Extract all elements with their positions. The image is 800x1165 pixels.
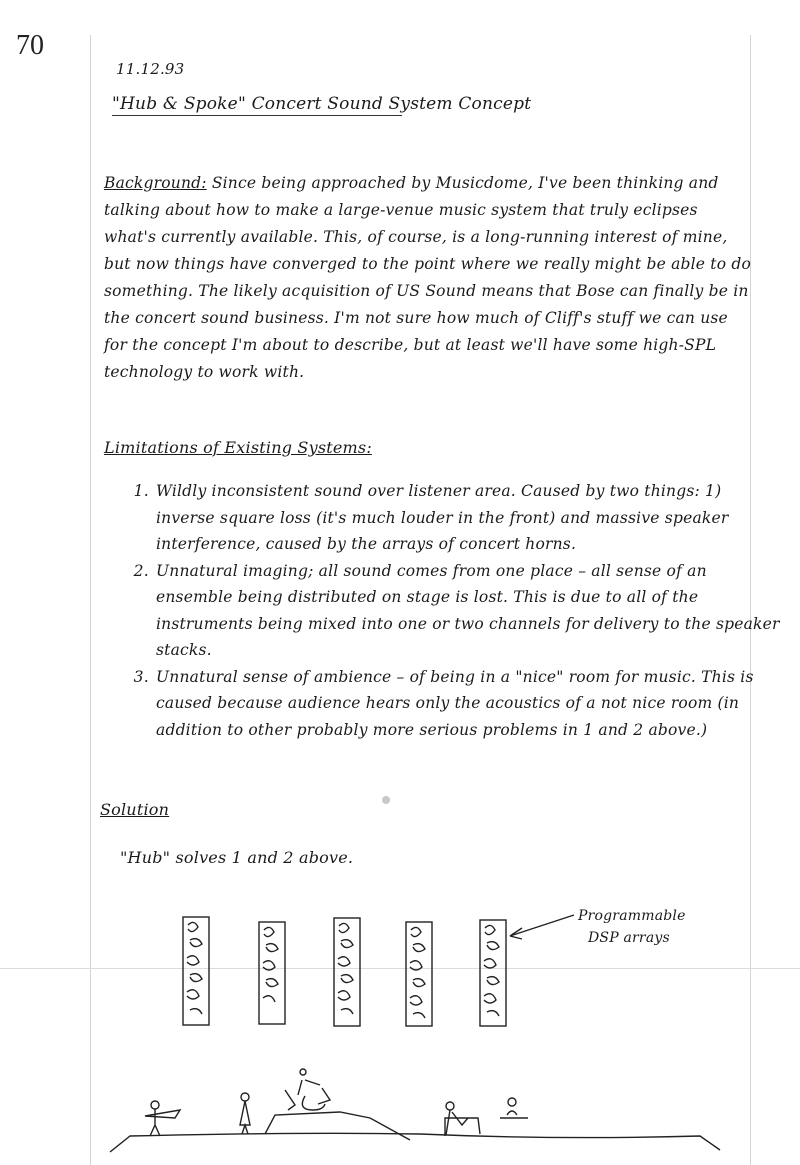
limitations-list: Wildly inconsistent sound over listener … xyxy=(132,478,784,743)
page-title: "Hub & Spoke" Concert Sound System Conce… xyxy=(112,94,402,116)
saxophonist-figure-icon xyxy=(446,1102,468,1135)
annotation-line: Programmable xyxy=(578,905,686,927)
dsp-arrays-annotation: Programmable DSP arrays xyxy=(578,905,686,949)
stage-outline xyxy=(110,1112,720,1152)
drummer-figure-icon xyxy=(285,1069,330,1110)
dsp-array-icon xyxy=(406,922,432,1026)
solution-text: "Hub" solves 1 and 2 above. xyxy=(120,848,353,867)
dsp-array-icon xyxy=(480,920,506,1026)
dsp-array-icon xyxy=(259,922,285,1024)
dsp-array-icon xyxy=(334,918,360,1026)
solution-heading: Solution xyxy=(100,800,169,819)
limitation-item: Wildly inconsistent sound over listener … xyxy=(154,478,784,558)
singer-figure-icon xyxy=(240,1093,250,1134)
guitarist-figure-icon xyxy=(145,1101,180,1136)
annotation-arrow-icon xyxy=(510,915,574,939)
grid-horizontal-line xyxy=(0,968,800,969)
dsp-array-icon xyxy=(183,917,209,1025)
entry-date: 11.12.93 xyxy=(116,60,184,78)
background-section: Background: Since being approached by Mu… xyxy=(104,170,754,386)
left-margin-line xyxy=(90,35,91,1165)
background-heading: Background: xyxy=(104,174,207,192)
limitation-item: Unnatural imaging; all sound comes from … xyxy=(154,558,784,664)
keyboardist-figure-icon xyxy=(500,1098,528,1118)
annotation-line: DSP arrays xyxy=(578,927,686,949)
limitation-item: Unnatural sense of ambience – of being i… xyxy=(154,664,784,744)
limitations-heading: Limitations of Existing Systems: xyxy=(104,438,372,457)
ink-smudge xyxy=(382,796,390,804)
background-text: Since being approached by Musicdome, I'v… xyxy=(104,174,751,381)
page-number: 70 xyxy=(16,30,44,62)
